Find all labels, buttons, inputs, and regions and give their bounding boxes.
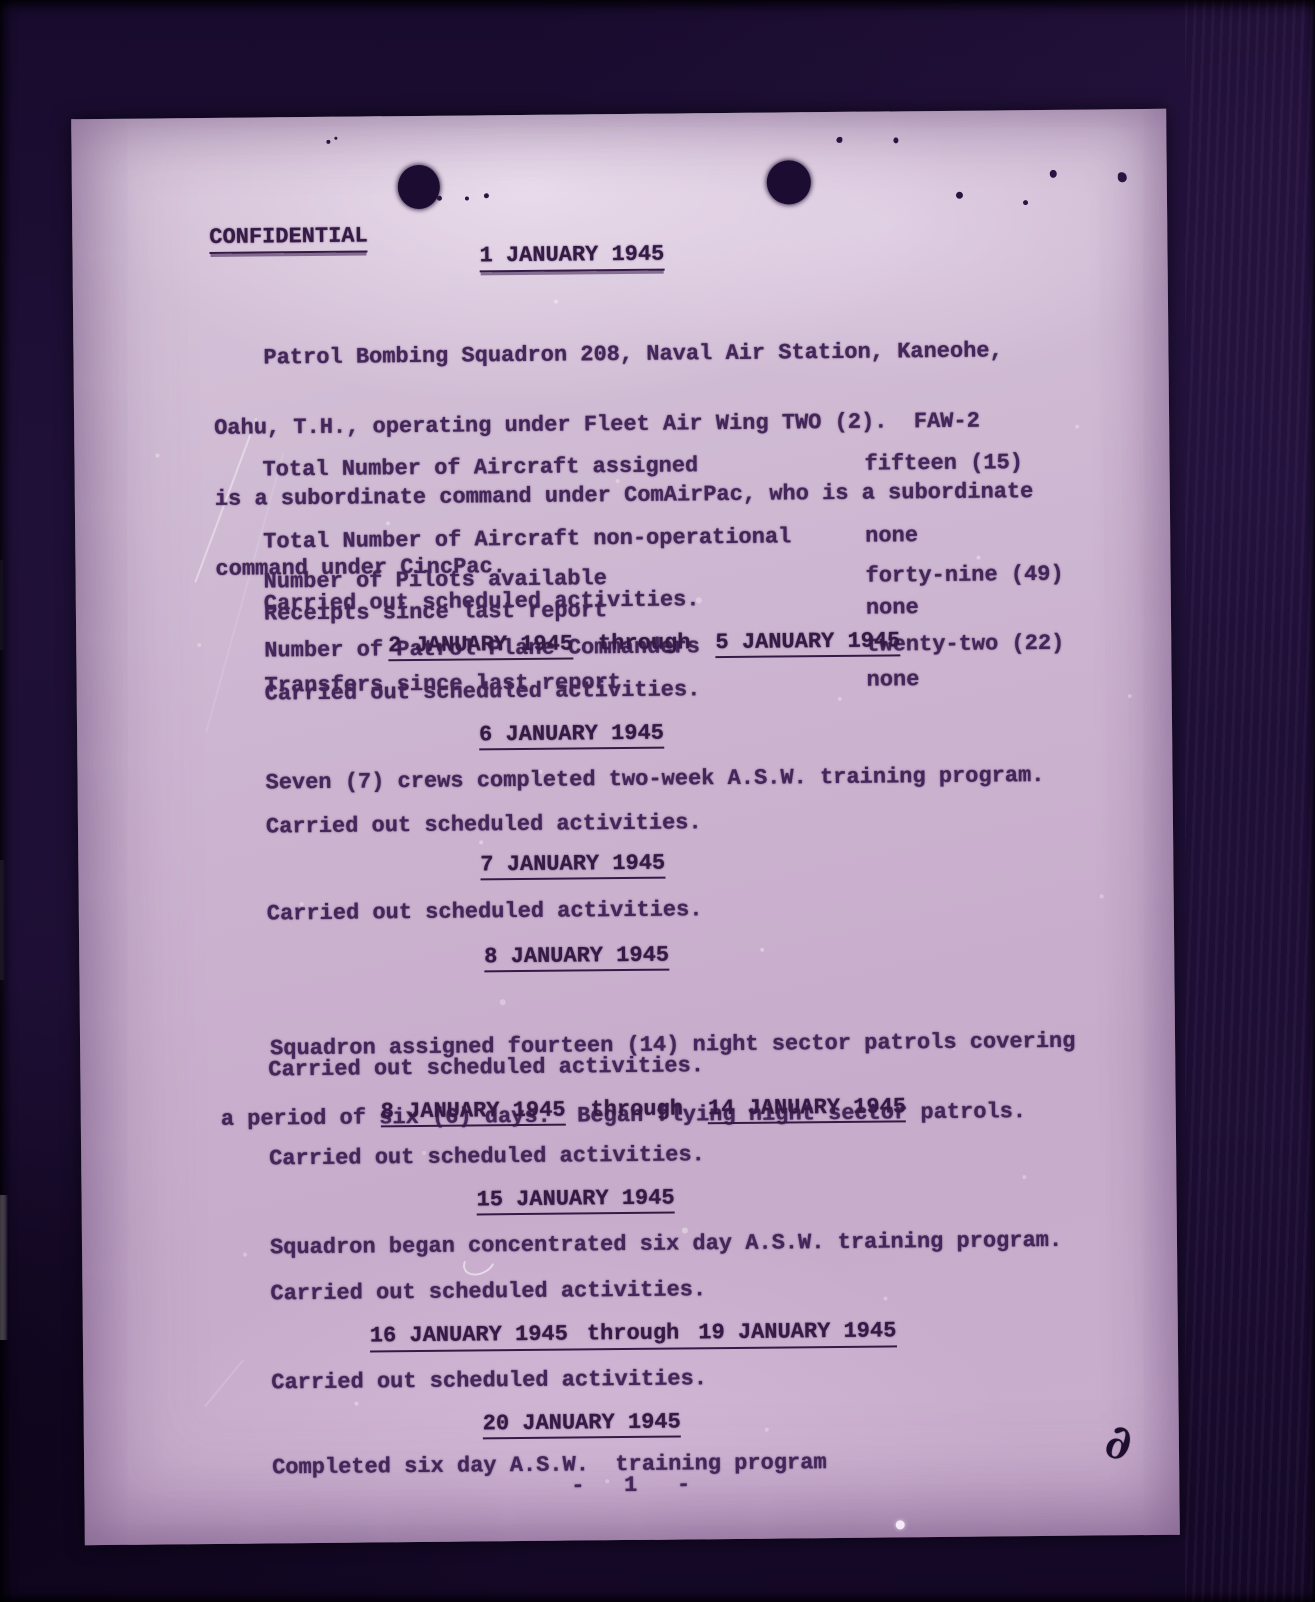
through-label: through — [587, 1322, 680, 1347]
table-row: Total Number of Aircraft assignedfifteen… — [262, 451, 1023, 482]
date-heading-jan2-5: 2 JANUARY 1945through5 JANUARY 1945 — [388, 629, 900, 661]
speck — [437, 196, 442, 201]
handwritten-mark: ∂ — [1102, 1414, 1136, 1472]
classification-label: CONFIDENTIAL — [209, 224, 368, 254]
speck — [893, 137, 898, 143]
hole-punch — [767, 160, 811, 204]
film-edge-glint — [0, 860, 5, 980]
speck — [484, 193, 489, 198]
stat-label: Total Number of Aircraft assigned — [262, 453, 864, 483]
film-edge-texture — [1185, 0, 1315, 1602]
body-line: Carried out scheduled activities. — [270, 1278, 706, 1306]
body-line: Completed six day A.S.W. training progra… — [272, 1451, 827, 1480]
stat-value: fifteen (15) — [864, 451, 1023, 477]
speck — [1023, 200, 1028, 205]
speck — [334, 137, 337, 140]
body-line: Squadron began concentrated six day A.S.… — [270, 1229, 1062, 1261]
date-heading-jan20: 20 JANUARY 1945 — [483, 1410, 681, 1439]
date-heading-jan1: 1 JANUARY 1945 — [479, 243, 664, 273]
speck — [836, 137, 842, 143]
bright-speck — [896, 1520, 905, 1529]
hole-punch — [398, 165, 440, 209]
date-heading-jan15: 15 JANUARY 1945 — [476, 1187, 674, 1216]
body-line: Carried out scheduled activities. — [266, 811, 702, 839]
speck — [956, 192, 963, 199]
document-page: CONFIDENTIAL 1 JANUARY 1945 Patrol Bombi… — [71, 109, 1180, 1545]
date-heading-jan7: 7 JANUARY 1945 — [480, 852, 665, 881]
date-heading-jan16-19: 16 JANUARY 1945through19 JANUARY 1945 — [370, 1319, 897, 1352]
through-label: through — [590, 1097, 683, 1122]
stat-value: forty-nine (49) — [865, 563, 1063, 588]
date-heading-jan8: 8 JANUARY 1945 — [484, 944, 669, 973]
scratch — [204, 1359, 243, 1406]
body-line: Carried out scheduled activities. — [269, 1143, 705, 1171]
body-line: Seven (7) crews completed two-week A.S.W… — [265, 764, 1044, 795]
film-edge-glint — [0, 1195, 8, 1340]
through-label: through — [598, 631, 691, 656]
speck — [1050, 170, 1057, 178]
body-line: Carried out scheduled activities. — [265, 678, 701, 706]
paper-speckles — [71, 119, 73, 121]
film-edge-glint — [0, 560, 4, 650]
speck — [1118, 172, 1127, 182]
classification-stamp: CONFIDENTIAL — [209, 224, 368, 254]
paragraph-line: Patrol Bombing Squadron 208, Naval Air S… — [213, 340, 1032, 370]
microfilm-scan: CONFIDENTIAL 1 JANUARY 1945 Patrol Bombi… — [0, 0, 1315, 1602]
body-line: Carried out scheduled activities. — [267, 898, 703, 926]
page-number: - 1 - — [571, 1473, 690, 1498]
body-line: Carried out scheduled activities. — [271, 1367, 707, 1395]
date-heading-jan8-14: 8 JANUARY 1945through14 JANUARY 1945 — [381, 1095, 907, 1127]
speck — [326, 140, 330, 144]
body-line: Carried out scheduled activities. — [264, 588, 700, 616]
speck — [465, 196, 469, 200]
date-heading-jan6: 6 JANUARY 1945 — [479, 722, 664, 751]
body-line: Carried out scheduled activities. — [268, 1054, 704, 1082]
